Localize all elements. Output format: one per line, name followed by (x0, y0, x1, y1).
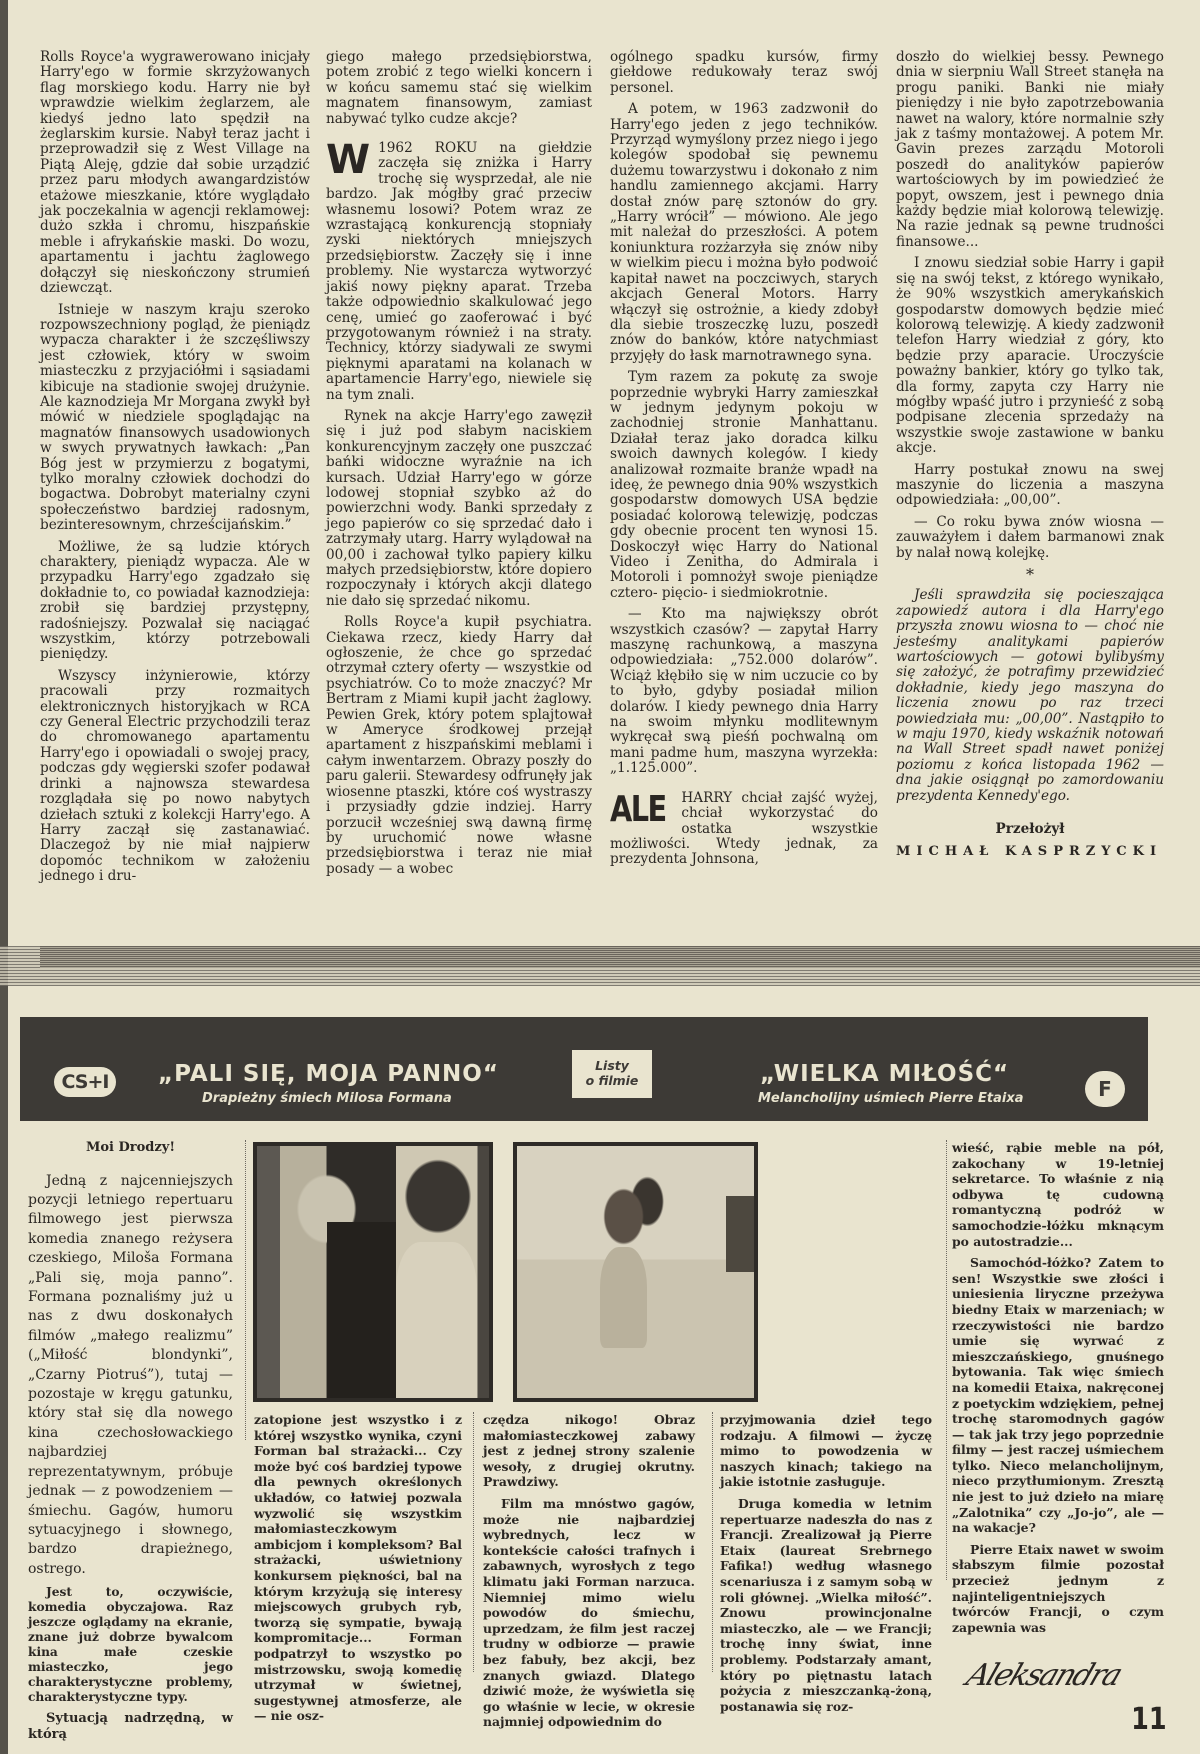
left-film-title: „PALI SIĘ, MOJA PANNO“ (158, 1061, 499, 1087)
article-paragraph: Możliwe, że są ludzie których charaktery… (40, 540, 310, 663)
article-paragraph: Tym razem za pokutę za swoje poprzednie … (610, 370, 878, 601)
review-column-2: zatopione jest wszystko i z której wszys… (254, 1412, 462, 1730)
review-column-5: wieść, rąbie meble na pół, zakochany w 1… (952, 1140, 1164, 1641)
section-separator: * (896, 567, 1164, 582)
review-column-3: czędza nikogo! Obraz małomiasteczkowej z… (483, 1412, 695, 1736)
afterword-text: Jeśli sprawdziła się pocieszająca zapowi… (896, 588, 1164, 804)
country-badge-cs-i: CS+I (54, 1067, 116, 1097)
review-paragraph: Pierre Etaix nawet w swoim słabszym film… (952, 1542, 1164, 1636)
film-still-photo-left (253, 1142, 493, 1402)
column-rule (245, 1140, 246, 1440)
right-film-title: „WIELKA MIŁOŚĆ“ (760, 1061, 1009, 1087)
review-paragraph: Samochód-łóżko? Zatem to sen! Wszystkie … (952, 1255, 1164, 1536)
review-column-4: przyjmowania dzieł tego rodzaju. A filmo… (720, 1412, 932, 1720)
article-paragraph: Rolls Royce'a wygrawerowano inicjały Har… (40, 50, 310, 297)
review-paragraph: Jest to, oczywiście, komedia obyczajowa.… (28, 1585, 233, 1705)
review-paragraph: zatopione jest wszystko i z której wszys… (254, 1412, 462, 1724)
editorial-afterword: Jeśli sprawdziła się pocieszająca zapowi… (896, 588, 1164, 804)
page-edge (0, 0, 8, 1754)
left-film-subtitle: Drapieżny śmiech Milosa Formana (202, 1091, 452, 1106)
article-paragraph: giego małego przedsiębiorstwa, potem zro… (326, 50, 592, 127)
review-paragraph: Jedną z najcenniejszych pozycji letniego… (28, 1172, 233, 1580)
salutation: Moi Drodzy! (28, 1140, 233, 1156)
review-column-1: Moi Drodzy! Jedną z najcenniejszych pozy… (28, 1140, 233, 1748)
country-badge-f: F (1085, 1071, 1125, 1107)
section-label-box: Listy o filmie (572, 1050, 652, 1098)
article-paragraph: I znowu siedział sobie Harry i gapił się… (896, 256, 1164, 456)
page-number: 11 (1131, 1702, 1166, 1737)
drop-cap: ALE (610, 793, 666, 827)
article-paragraph: Istnieje w naszym kraju szeroko rozpowsz… (40, 303, 310, 534)
article-paragraph: Rynek na akcje Harry'ego zawęził się i j… (326, 409, 592, 609)
section-opening: ALE HARRY chciał zajść wyżej, chciał wyk… (610, 791, 878, 868)
column-rule (473, 1412, 474, 1672)
review-paragraph: Film ma mnóstwo gagów, może nie najbardz… (483, 1496, 695, 1730)
article-paragraph: Wszyscy inżynierowie, którzy pracowali p… (40, 669, 310, 885)
drop-cap: W (326, 143, 370, 177)
article-paragraph: Harry postukał znowu na swej maszynie do… (896, 463, 1164, 509)
article-column-1: Rolls Royce'a wygrawerowano inicjały Har… (40, 50, 310, 891)
section-label-line1: Listy (572, 1058, 652, 1073)
section-label-line2: o filmie (572, 1073, 652, 1088)
article-dialogue: — Kto ma największy obrót wszystkich cza… (610, 607, 878, 776)
article-dialogue: — Co roku bywa znów wiosna — zauważyłem … (896, 515, 1164, 561)
author-signature: Aleksandra (962, 1658, 1126, 1693)
review-paragraph: Druga komedia w letnim repertuarze nades… (720, 1496, 932, 1714)
column-rule (946, 1140, 947, 1580)
decorative-stripe-divider (0, 946, 1200, 986)
article-paragraph: ogólnego spadku kursów, firmy giełdowe r… (610, 50, 878, 96)
translator-label: Przełożył (896, 822, 1164, 837)
review-paragraph: Sytuacją nadrzędną, w którą (28, 1711, 233, 1742)
film-letters-banner: CS+I „PALI SIĘ, MOJA PANNO“ Drapieżny śm… (20, 1017, 1148, 1121)
article-paragraph: A potem, w 1963 zadzwonił do Harry'ego j… (610, 102, 878, 364)
column-rule (712, 1412, 713, 1672)
section-opening: W 1962 ROKU na giełdzie zaczęła się zniż… (326, 141, 592, 403)
film-still-photo-right (513, 1142, 758, 1402)
article-column-2: giego małego przedsiębiorstwa, potem zro… (326, 50, 592, 883)
article-paragraph: doszło do wielkiej bessy. Pewnego dnia w… (896, 50, 1164, 250)
review-paragraph: czędza nikogo! Obraz małomiasteczkowej z… (483, 1412, 695, 1490)
review-paragraph: przyjmowania dzieł tego rodzaju. A filmo… (720, 1412, 932, 1490)
article-paragraph: Rolls Royce'a kupił psychiatra. Ciekawa … (326, 615, 592, 877)
translator-name: MICHAŁ KASPRZYCKI (896, 844, 1164, 859)
article-column-4: doszło do wielkiej bessy. Pewnego dnia w… (896, 50, 1164, 865)
article-column-3: ogólnego spadku kursów, firmy giełdowe r… (610, 50, 878, 874)
right-film-subtitle: Melancholijny uśmiech Pierre Etaixa (758, 1091, 1024, 1106)
review-paragraph: wieść, rąbie meble na pół, zakochany w 1… (952, 1140, 1164, 1249)
